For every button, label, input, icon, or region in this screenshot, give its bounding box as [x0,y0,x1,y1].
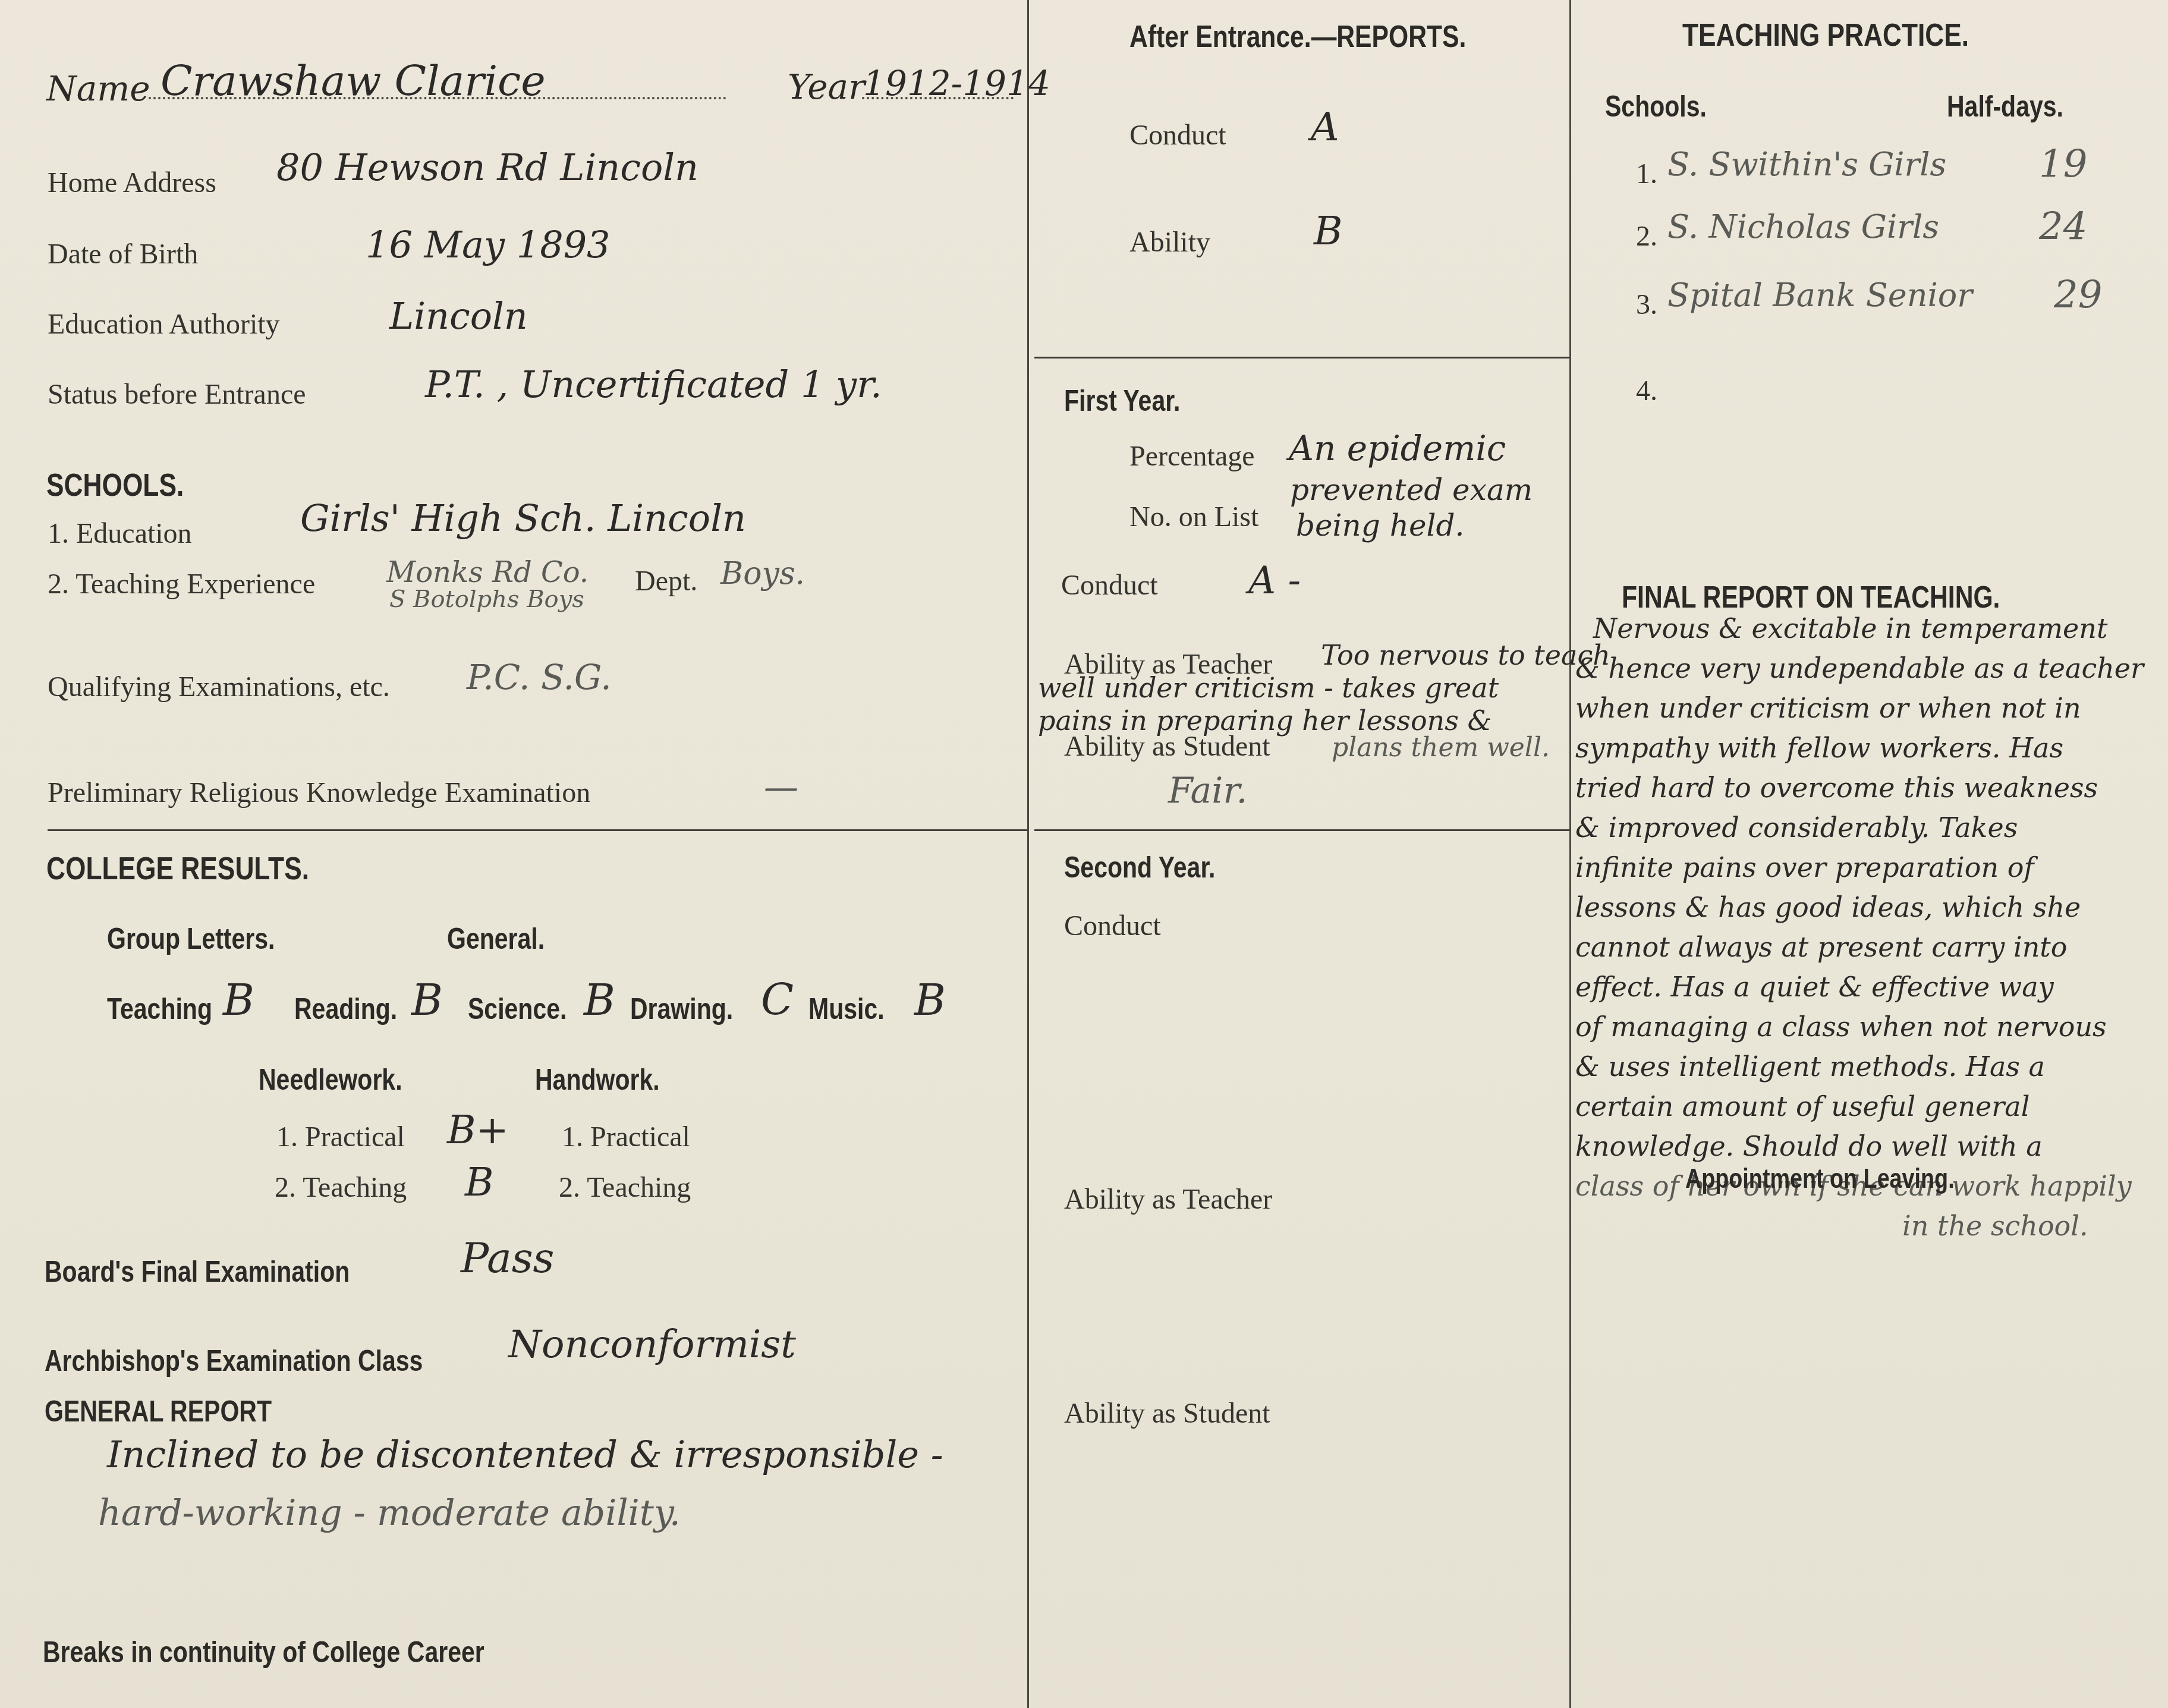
schools-heading: SCHOOLS. [46,467,184,504]
first-year-no-on-list-label: No. on List [1129,501,1258,533]
middle-divider-1 [1034,357,1569,358]
after-entrance-ability-value: B [1314,208,1343,254]
needlework-teaching-value: B [465,1159,494,1205]
teaching-practice-row-number: 2. [1636,220,1657,253]
after-entrance-conduct-label: Conduct [1129,119,1226,152]
status-label: Status before Entrance [48,378,306,411]
final-report-heading: FINAL REPORT ON TEACHING. [1622,580,2000,615]
teaching-practice-halfdays: 29 [2054,273,2102,317]
grade-teaching-label: Teaching [107,992,212,1026]
education-label: 1. Education [48,517,192,550]
home-address-value: 80 Hewson Rd Lincoln [276,146,698,189]
archbishop-exam-value: Nonconformist [508,1323,796,1367]
first-year-ability-student-label: Ability as Student [1064,730,1270,763]
final-report-line: lessons & has good ideas, which she [1575,891,2081,923]
second-year-ability-teacher-label: Ability as Teacher [1064,1183,1272,1216]
general-report-label: GENERAL REPORT [45,1394,272,1429]
name-label: Name [46,68,150,109]
final-report-line: sympathy with fellow workers. Has [1575,732,2063,764]
after-entrance-ability-label: Ability [1129,226,1210,259]
first-year-ability-teacher-value-4: plans them well. [1332,732,1550,763]
final-report-line: & hence very undependable as a teacher [1575,652,2144,684]
teaching-practice-heading: TEACHING PRACTICE. [1682,17,1969,54]
breaks-continuity-label: Breaks in continuity of College Career [43,1635,484,1669]
grade-reading-label: Reading. [294,992,397,1026]
final-report-line: & uses intelligent methods. Has a [1575,1050,2045,1083]
first-year-conduct-label: Conduct [1061,569,1158,602]
boards-final-value: Pass [461,1234,555,1282]
name-value: Crawshaw Clarice [161,56,546,105]
teaching-practice-row-number: 1. [1636,158,1657,190]
student-record-card: Name Crawshaw Clarice Year 1912-1914 Hom… [0,0,2168,1708]
teaching-practice-school: S. Swithin's Girls [1667,146,1946,183]
first-year-no-on-list-value-1: prevented exam [1290,473,1533,507]
needlework-practical-value: B+ [447,1107,509,1153]
teaching-practice-row-number: 4. [1636,375,1657,407]
grade-teaching-value: B [223,975,254,1025]
handwork-teaching-label: 2. Teaching [559,1171,691,1204]
teaching-practice-school: S. Nicholas Girls [1667,208,1939,246]
teaching-practice-halfdays: 24 [2039,205,2087,249]
final-report-line: certain amount of useful general [1575,1090,2029,1122]
final-report-line: & improved considerably. Takes [1575,811,2018,844]
second-year-ability-student-label: Ability as Student [1064,1397,1270,1430]
final-report-line: tried hard to overcome this weakness [1575,772,2098,804]
final-report-line: cannot always at present carry into [1575,931,2067,963]
teaching-experience-value-1: Monks Rd Co. [386,556,589,589]
first-year-heading: First Year. [1064,383,1180,418]
teaching-practice-school: Spital Bank Senior [1667,276,1972,314]
final-report-line: infinite pains over preparation of [1575,851,2034,883]
grade-science-value: B [584,975,615,1025]
education-value: Girls' High Sch. Lincoln [300,496,746,540]
grade-science-label: Science. [468,992,567,1026]
dept-label: Dept. [635,565,697,597]
teaching-experience-label: 2. Teaching Experience [48,568,315,600]
final-report-line: in the school. [1902,1210,2088,1242]
status-value: P.T. , Uncertificated 1 yr. [425,363,882,406]
prelim-religious-value: — [764,767,798,807]
general-report-line-1: Inclined to be discontented & irresponsi… [107,1433,943,1476]
needlework-practical-label: 1. Practical [276,1121,405,1153]
final-report-line: Nervous & excitable in temperament [1593,612,2107,644]
teaching-experience-value-2: S Botolphs Boys [389,586,584,613]
column-divider-2 [1569,0,1571,1708]
dept-value: Boys. [720,556,805,592]
teaching-practice-halfdays: 19 [2039,143,2087,187]
final-report-line: effect. Has a quiet & effective way [1575,971,2054,1003]
college-results-heading: COLLEGE RESULTS. [46,850,309,887]
qualifying-exams-value: P.C. S.G. [467,657,612,697]
grade-music-value: B [914,975,946,1025]
final-report-line: when under criticism or when not in [1575,692,2081,724]
first-year-ability-teacher-value-1: Too nervous to teach [1321,639,1610,671]
handwork-label: Handwork. [535,1062,660,1097]
final-report-line: knowledge. Should do well with a [1575,1130,2043,1162]
prelim-religious-label: Preliminary Religious Knowledge Examinat… [48,776,590,809]
education-authority-label: Education Authority [48,308,280,341]
left-section-divider [48,829,1027,831]
middle-divider-2 [1034,829,1569,831]
teaching-practice-row-number: 3. [1636,288,1657,321]
grade-reading-value: B [411,975,443,1025]
after-entrance-conduct-value: A [1311,104,1339,150]
second-year-conduct-label: Conduct [1064,910,1161,942]
year-label: Year [788,67,865,107]
group-letters-label: Group Letters. [107,921,275,956]
appointment-on-leaving-label: Appointment on Leaving. [1685,1162,1955,1194]
archbishop-exam-label: Archbishop's Examination Class [45,1344,423,1378]
first-year-ability-student-value: Fair. [1168,770,1248,811]
first-year-percentage-label: Percentage [1129,440,1255,473]
year-value: 1912-1914 [863,63,1050,103]
first-year-ability-teacher-value-2: well under criticism - takes great [1038,672,1499,704]
handwork-practical-label: 1. Practical [562,1121,690,1153]
general-label: General. [447,921,545,956]
education-authority-value: Lincoln [389,294,528,338]
general-report-line-2: hard-working - moderate ability. [98,1492,681,1534]
needlework-label: Needlework. [259,1062,402,1097]
dob-label: Date of Birth [48,238,198,270]
grade-drawing-label: Drawing. [630,992,733,1026]
halfdays-column-header: Half-days. [1947,89,2063,124]
second-year-heading: Second Year. [1064,850,1216,885]
grade-music-label: Music. [808,992,885,1026]
boards-final-label: Board's Final Examination [45,1254,350,1289]
dob-value: 16 May 1893 [366,223,611,266]
reports-heading: After Entrance.—REPORTS. [1129,19,1466,55]
schools-column-header: Schools. [1605,89,1707,124]
home-address-label: Home Address [48,166,216,199]
needlework-teaching-label: 2. Teaching [275,1171,407,1204]
final-report-line: of managing a class when not nervous [1575,1011,2107,1043]
column-divider-1 [1027,0,1029,1708]
first-year-percentage-value: An epidemic [1289,428,1506,468]
grade-drawing-value: C [761,975,794,1025]
first-year-no-on-list-value-2: being held. [1296,508,1464,543]
first-year-conduct-value: A - [1248,559,1301,603]
qualifying-exams-label: Qualifying Examinations, etc. [48,671,390,703]
